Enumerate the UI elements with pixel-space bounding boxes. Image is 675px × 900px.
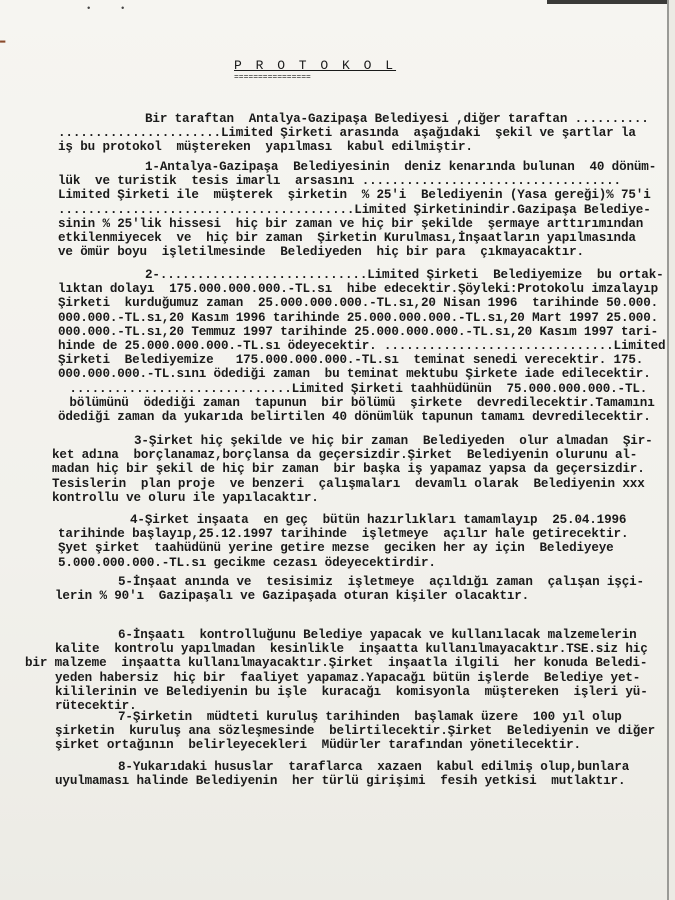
paragraph-1-line: 1-Antalya-Gazipaşa Belediyesinin deniz k… (145, 160, 656, 174)
paragraph-6-line: yeden habersiz hiç bir faaliyet yapamaz.… (55, 671, 640, 685)
paragraph-2-line: ödediği zaman da yukarıda belirtilen 40 … (58, 410, 651, 424)
paragraph-2-line: 000.000.-TL.sı,20 Kasım 1996 tarihinde 2… (58, 311, 658, 325)
paragraph-3-line: madan hiç bir şekil de hiç bir zaman bir… (52, 462, 645, 476)
paragraph-2-line: ..............................Limited Şi… (62, 382, 647, 396)
paragraph-3-line: kontrollu ve oluru ile yapılacaktır. (52, 491, 319, 505)
paragraph-5-line: lerin % 90'ı Gazipaşalı ve Gazipaşada ot… (55, 589, 529, 603)
page-edge-shadow (547, 0, 667, 4)
paragraph-1-line: lük ve turistik tesis imarlı arsasını ..… (58, 174, 621, 188)
paragraph-8-line: 8-Yukarıdaki hususlar taraflarca xazaen … (118, 760, 629, 774)
intro-line: iş bu protokol müştereken yapılması kabu… (58, 140, 473, 154)
paragraph-6-line: kililerinin ve Belediyenin bu işle kurac… (55, 685, 648, 699)
paragraph-4-line: tarihinde başlayıp,25.12.1997 tarihinde … (58, 527, 628, 541)
paragraph-1-line: ve ömür boyu işletilmesinde Belediyeden … (58, 245, 584, 259)
paragraph-2-line: bölümünü ödediği zaman tapunun bir bölüm… (62, 396, 655, 410)
ink-speck: • (120, 4, 125, 14)
paragraph-2-line: 000.000.-TL.sı,20 Temmuz 1997 tarihinde … (58, 325, 658, 339)
paragraph-1-line: etkilenmiyecek ve hiç bir zaman Şirketin… (58, 231, 636, 245)
paragraph-4-line: Şyet şirket taahüdünü yerine getire mezs… (58, 541, 614, 555)
document-page: • • ▬ P R O T O K O L ================ B… (0, 0, 669, 900)
paragraph-3-line: Tesislerin plan proje ve benzeri çalışma… (52, 477, 645, 491)
paragraph-1-line: ........................................… (58, 203, 651, 217)
paragraph-8-line: uyulmaması halinde Belediyenin her türlü… (55, 774, 625, 788)
paragraph-1-line: sinin % 25'lik hissesi hiç bir zaman ve … (58, 217, 643, 231)
paragraph-4-line: 5.000.000.000.-TL.sı gecikme cezası ödey… (58, 556, 436, 570)
paragraph-2-line: Şirketi kurduğumuz zaman 25.000.000.000.… (58, 296, 658, 310)
paragraph-3-line: ket adına borçlanamaz,borçlansa da geçer… (52, 448, 637, 462)
ink-speck: ▬ (0, 36, 5, 46)
paragraph-2-line: 2-............................Limited Şi… (145, 268, 664, 282)
intro-line: ......................Limited Şirketi ar… (58, 126, 636, 140)
paragraph-2-line: lıktan dolayı 175.000.000.000.-TL.sı hib… (58, 282, 658, 296)
paragraph-6-line: kalite kontrolu yapılmadan kesinlikle in… (55, 642, 648, 656)
paragraph-4-line: 4-Şirket inşaata en geç bütün hazırlıkla… (130, 513, 626, 527)
paragraph-6-line: 6-İnşaatı kontrolluğunu Belediye yapacak… (118, 628, 637, 642)
paragraph-7-line: şirketin kuruluş ana sözleşmesinde belir… (55, 724, 655, 738)
intro-line: Bir taraftan Antalya-Gazipaşa Belediyesi… (145, 112, 649, 126)
paragraph-1-line: Limited Şirketi ile müşterek şirketin % … (58, 188, 651, 202)
ink-speck: • (86, 4, 91, 14)
paragraph-5-line: 5-İnşaat anında ve tesisimiz işletmeye a… (118, 575, 644, 589)
paragraph-2-line: Şirketi Belediyemize 175.000.000.000.-TL… (58, 353, 643, 367)
document-title: P R O T O K O L (234, 58, 396, 73)
paragraph-6-line: bir malzeme inşaatta kullanılmayacaktır.… (25, 656, 647, 670)
paragraph-2-line: 000.000.000.-TL.sını ödediği zaman bu te… (58, 367, 651, 381)
paragraph-7-line: 7-Şirketin müdteti kuruluş tarihinden ba… (118, 710, 622, 724)
paragraph-7-line: şirket ortağının belirleyecekleri Müdürl… (55, 738, 581, 752)
paragraph-2-line: hinde de 25.000.000.000.-TL.sı ödeyecekt… (58, 339, 665, 353)
title-underline: ================ (234, 74, 311, 82)
paragraph-3-line: 3-Şirket hiç şekilde ve hiç bir zaman Be… (134, 434, 653, 448)
